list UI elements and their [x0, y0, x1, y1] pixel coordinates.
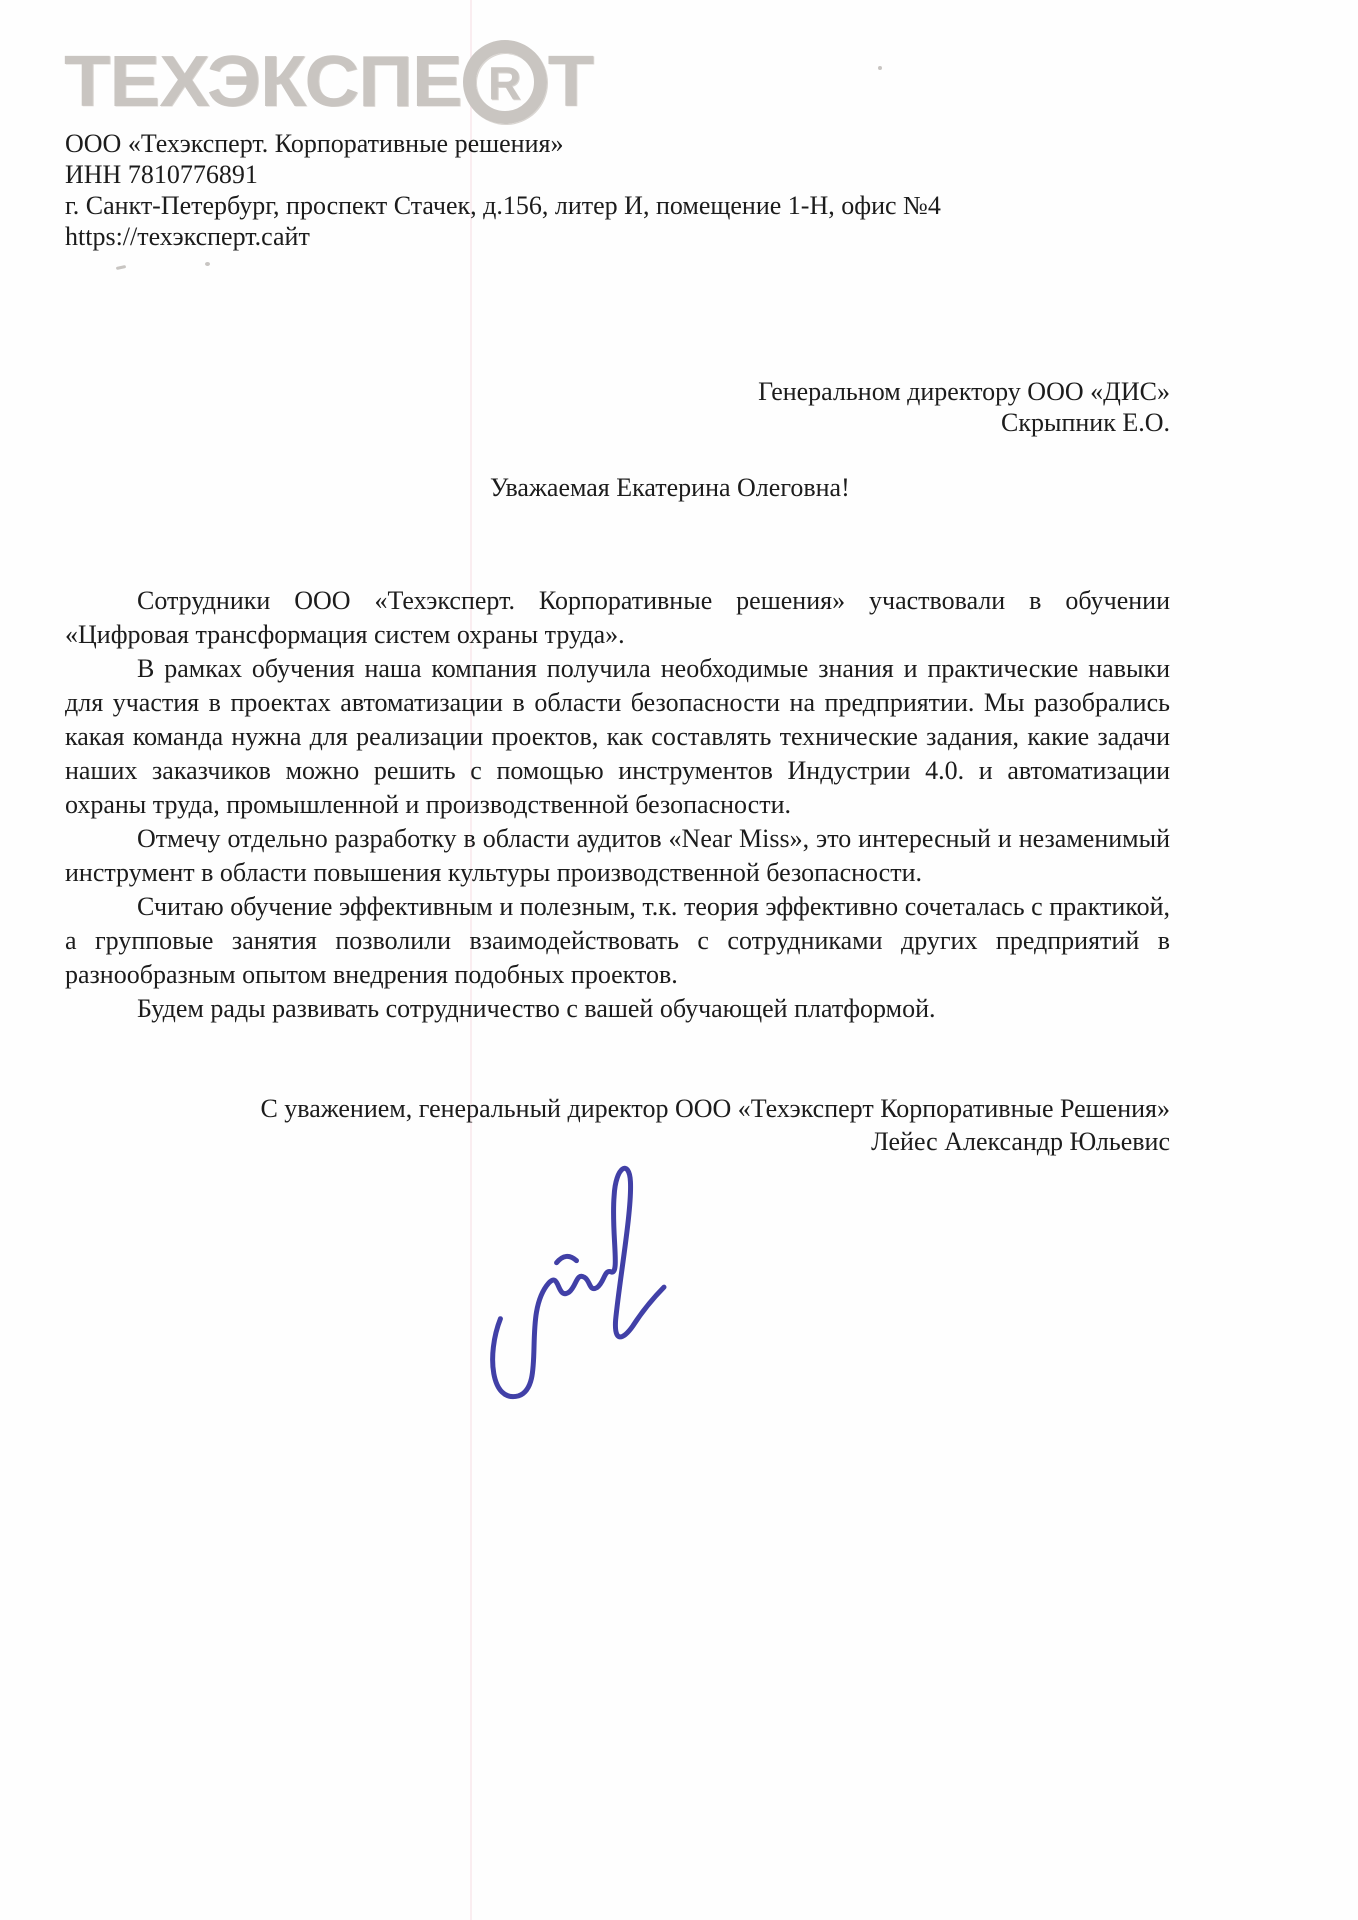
- scan-speck: [878, 66, 882, 70]
- recipient-block: Генеральном директору ООО «ДИС» Скрыпник…: [65, 376, 1170, 438]
- recipient-name: Скрыпник Е.О.: [65, 407, 1170, 438]
- logo-text-right: Т: [548, 46, 593, 118]
- logo-text-left: ТЕХЭКСПЕ: [64, 46, 462, 118]
- sender-block: ООО «Техэксперт. Корпоративные решения» …: [65, 128, 1170, 252]
- sender-address: г. Санкт-Петербург, проспект Стачек, д.1…: [65, 190, 1170, 221]
- recipient-title: Генеральном директору ООО «ДИС»: [65, 376, 1170, 407]
- scan-speck: [205, 262, 210, 266]
- sender-company-name: ООО «Техэксперт. Корпоративные решения»: [65, 128, 1170, 159]
- letter-body: Сотрудники ООО «Техэксперт. Корпоративны…: [65, 584, 1170, 1026]
- body-paragraph: Сотрудники ООО «Техэксперт. Корпоративны…: [65, 584, 1170, 652]
- handwritten-signature: [461, 1147, 680, 1432]
- sender-inn: ИНН 7810776891: [65, 159, 1170, 190]
- scanned-letter-page: ТЕХЭКСПЕ R Т ООО «Техэксперт. Корпоратив…: [0, 0, 1358, 1920]
- body-paragraph: Будем рады развивать сотрудничество с ва…: [65, 992, 1170, 1026]
- body-paragraph: Отмечу отдельно разработку в области ауд…: [65, 822, 1170, 890]
- body-paragraph: Считаю обучение эффективным и полезным, …: [65, 890, 1170, 992]
- logo-circle-letter: R: [488, 60, 521, 106]
- salutation: Уважаемая Екатерина Олеговна!: [490, 472, 850, 504]
- sender-website-url: https://техэксперт.сайт: [65, 221, 1170, 252]
- scan-speck: [116, 265, 126, 270]
- signoff-title-line: С уважением, генеральный директор ООО «Т…: [65, 1092, 1170, 1125]
- techexpert-logo: ТЕХЭКСПЕ R Т: [64, 40, 593, 124]
- signoff-block: С уважением, генеральный директор ООО «Т…: [65, 1092, 1170, 1158]
- body-paragraph: В рамках обучения наша компания получила…: [65, 652, 1170, 822]
- registered-r-icon: R: [463, 40, 547, 124]
